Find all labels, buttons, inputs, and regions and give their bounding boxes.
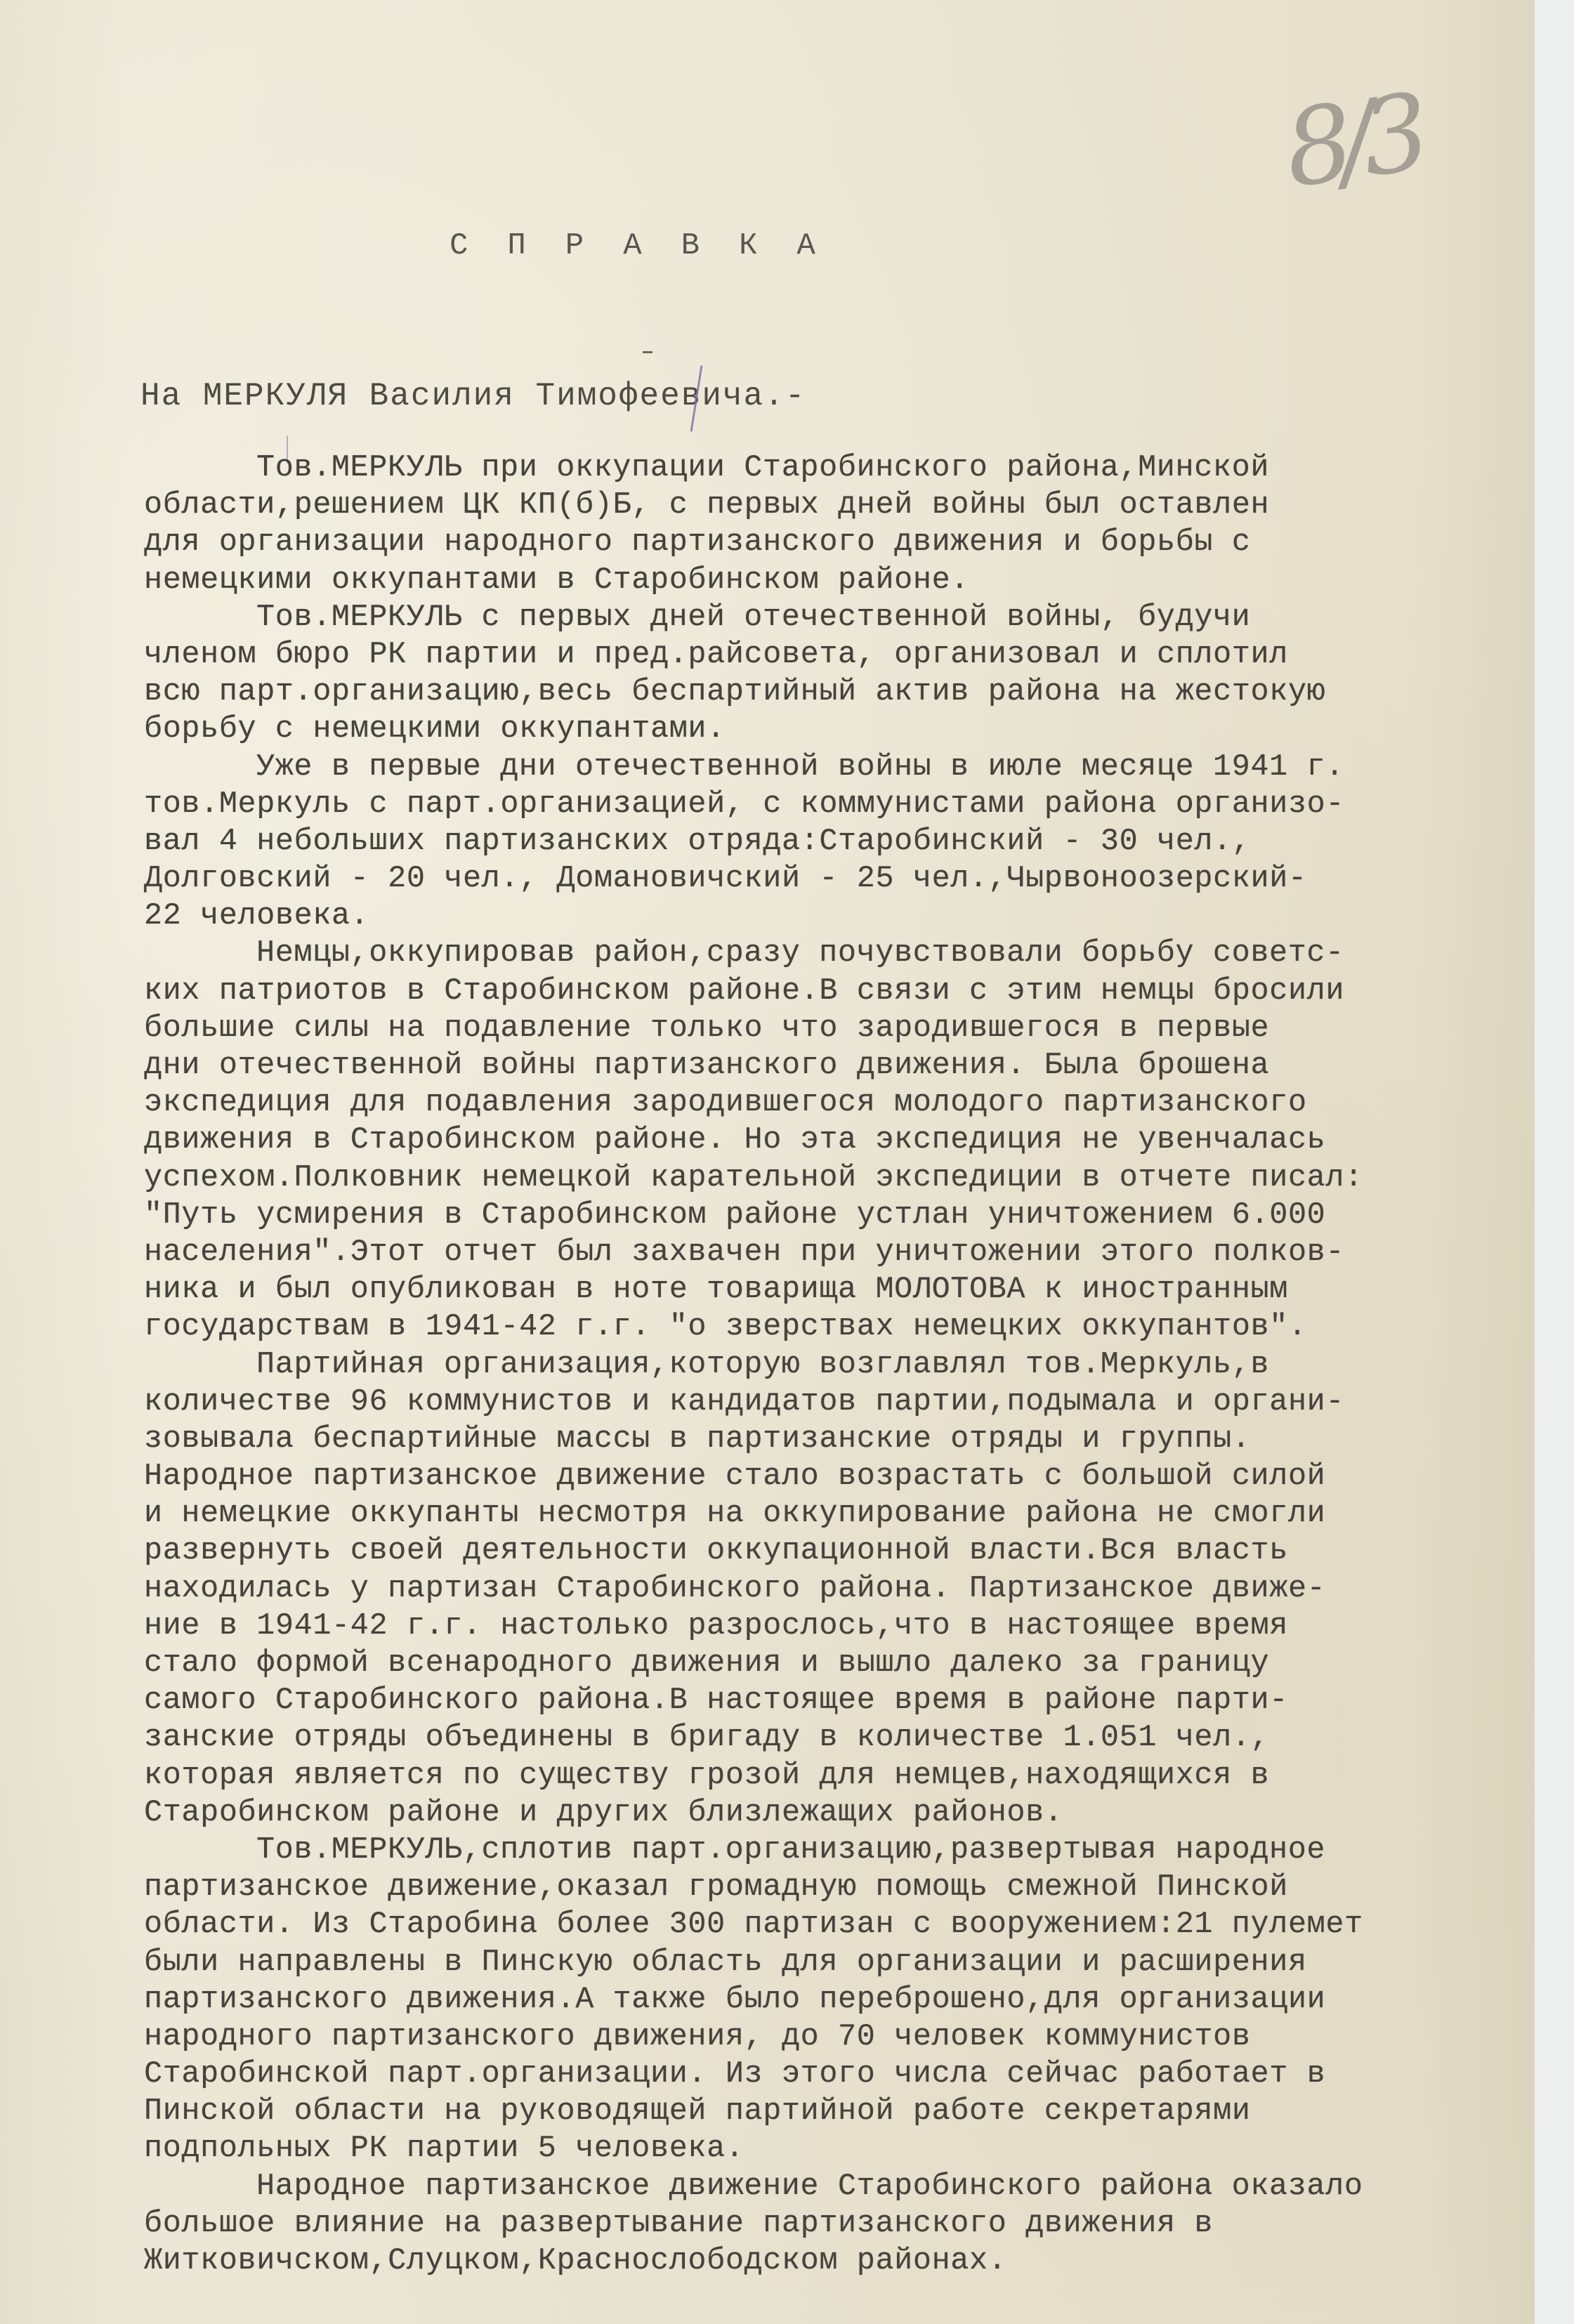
body-line: зовывала беспартийные массы в партизанск…: [144, 1421, 1521, 1458]
body-line: партизанского движения.А также было пере…: [144, 1981, 1521, 2018]
body-line: "Путь усмирения в Старобинском районе ус…: [144, 1197, 1521, 1234]
body-line: немецкими оккупантами в Старобинском рай…: [144, 562, 1521, 599]
body-line: Тов.МЕРКУЛЬ,сплотив парт.организацию,раз…: [144, 1832, 1521, 1869]
body-line: Пинской области на руководящей партийной…: [144, 2093, 1521, 2130]
body-line: 22 человека.: [144, 898, 1521, 935]
body-line: населения".Этот отчет был захвачен при у…: [144, 1234, 1521, 1271]
document-title: СПРАВКА: [450, 228, 855, 263]
body-line: для организации народного партизанского …: [144, 524, 1521, 561]
document-subject: На МЕРКУЛЯ Василия Тимофеевича.-: [140, 378, 806, 414]
body-line: самого Старобинского района.В настоящее …: [144, 1682, 1521, 1719]
document-page: 8/3 СПРАВКА На МЕРКУЛЯ Василия Тимофееви…: [0, 0, 1535, 2324]
body-line: подпольных РК партии 5 человека.: [144, 2130, 1521, 2167]
body-line: Старобинской парт.организации. Из этого …: [144, 2056, 1521, 2093]
body-line: Старобинском районе и других близлежащих…: [144, 1794, 1521, 1832]
body-line: находилась у партизан Старобинского райо…: [144, 1570, 1521, 1608]
body-line: были направлены в Пинскую область для ор…: [144, 1944, 1521, 1981]
body-line: дни отечественной войны партизанского дв…: [144, 1047, 1521, 1084]
body-line: стало формой всенародного движения и выш…: [144, 1645, 1521, 1682]
scan-background-margin: [1535, 0, 1574, 2324]
body-line: успехом.Полковник немецкой карательной э…: [144, 1160, 1521, 1197]
body-line: народного партизанского движения, до 70 …: [144, 2018, 1521, 2056]
body-line: экспедиция для подавления зародившегося …: [144, 1084, 1521, 1122]
body-line: всю парт.организацию,весь беспартийный а…: [144, 674, 1521, 711]
body-line: государствам в 1941-42 г.г. "о зверствах…: [144, 1308, 1521, 1346]
body-line: Уже в первые дни отечественной войны в и…: [144, 749, 1521, 786]
title-underline-mark: [643, 351, 652, 353]
body-line: движения в Старобинском районе. Но эта э…: [144, 1122, 1521, 1159]
body-line: области. Из Старобина более 300 партизан…: [144, 1906, 1521, 1943]
body-line: Долговский - 20 чел., Домановичский - 25…: [144, 860, 1521, 898]
body-line: большие силы на подавление только что за…: [144, 1010, 1521, 1047]
body-line: ние в 1941-42 г.г. настолько разрослось,…: [144, 1608, 1521, 1645]
body-line: Народное партизанское движение Старобинс…: [144, 2168, 1521, 2205]
body-line: ких патриотов в Старобинском районе.В св…: [144, 973, 1521, 1010]
body-line: которая является по существу грозой для …: [144, 1757, 1521, 1794]
body-line: ника и был опубликован в ноте товарища М…: [144, 1271, 1521, 1308]
body-line: партизанское движение,оказал громадную п…: [144, 1869, 1521, 1906]
body-line: вал 4 небольших партизанских отряда:Стар…: [144, 823, 1521, 860]
body-line: количестве 96 коммунистов и кандидатов п…: [144, 1384, 1521, 1421]
body-line: и немецкие оккупанты несмотря на оккупир…: [144, 1495, 1521, 1532]
body-line: борьбу с немецкими оккупантами.: [144, 711, 1521, 748]
body-line: членом бюро РК партии и пред.райсовета, …: [144, 636, 1521, 674]
handwritten-page-number: 8/3: [1278, 72, 1425, 211]
document-body: Тов.МЕРКУЛЬ при оккупации Старобинского …: [144, 449, 1521, 2280]
body-line: Партийная организация,которую возглавлял…: [144, 1346, 1521, 1384]
body-line: большое влияние на развертывание партиза…: [144, 2205, 1521, 2243]
body-line: Тов.МЕРКУЛЬ при оккупации Старобинского …: [144, 449, 1521, 487]
body-line: Житковичском,Слуцком,Краснослободском ра…: [144, 2243, 1521, 2280]
body-line: занские отряды объединены в бригаду в ко…: [144, 1719, 1521, 1757]
body-line: Немцы,оккупировав район,сразу почувствов…: [144, 935, 1521, 972]
body-line: области,решением ЦК КП(б)Б, с первых дне…: [144, 487, 1521, 524]
body-line: развернуть своей деятельности оккупацион…: [144, 1532, 1521, 1570]
body-line: Народное партизанское движение стало воз…: [144, 1458, 1521, 1495]
body-line: тов.Меркуль с парт.организацией, с комму…: [144, 786, 1521, 823]
body-line: Тов.МЕРКУЛЬ с первых дней отечественной …: [144, 599, 1521, 636]
